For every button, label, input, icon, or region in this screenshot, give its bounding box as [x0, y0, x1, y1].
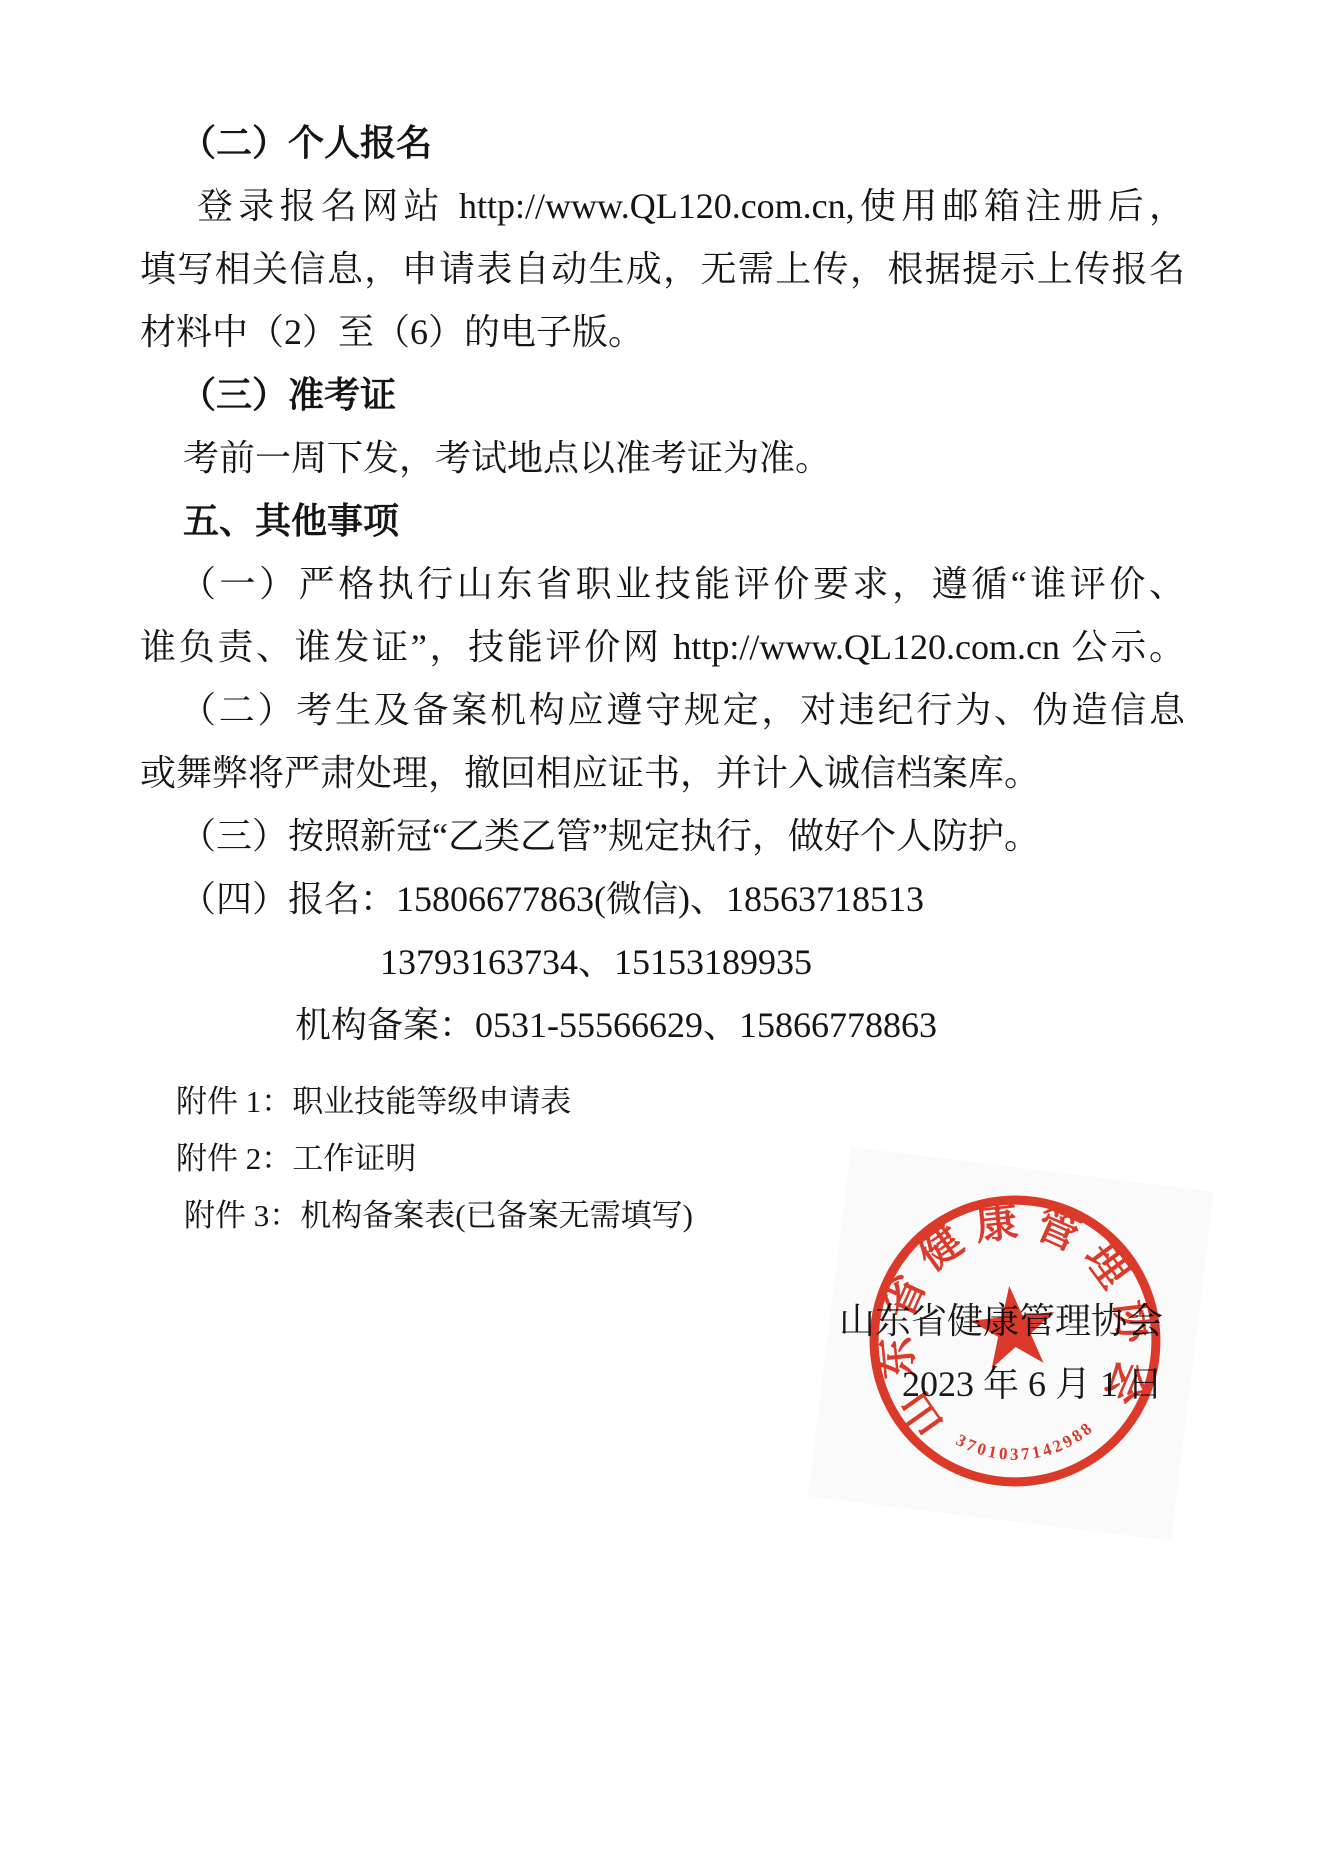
para-item-1-line-2: 谁负责、谁发证”，技能评价网 http://www.QL120.com.cn 公…	[140, 616, 1185, 679]
para-item-3: （三）按照新冠“乙类乙管”规定执行，做好个人防护。	[140, 805, 1185, 868]
para-org-registration-phones: 机构备案：0531-55566629、15866778863	[295, 994, 1185, 1057]
para-personal-registration-line-2: 填写相关信息，申请表自动生成，无需上传，根据提示上传报名	[140, 238, 1185, 301]
attachment-1: 附件 1：职业技能等级申请表	[176, 1073, 1185, 1130]
para-phones-continued: 13793163734、15153189935	[380, 931, 1185, 994]
document-page: （二）个人报名 登录报名网站 http://www.QL120.com.cn,使…	[0, 0, 1323, 1871]
para-item-2-line-2: 或舞弊将严肃处理，撤回相应证书，并计入诚信档案库。	[140, 742, 1185, 805]
heading-admission-ticket: （三）准考证	[140, 364, 1185, 427]
para-item-1-line-1: （一）严格执行山东省职业技能评价要求，遵循“谁评价、	[140, 553, 1185, 616]
para-personal-registration-line-3: 材料中（2）至（6）的电子版。	[140, 301, 1185, 364]
para-item-2-line-1: （二）考生及备案机构应遵守规定，对违纪行为、伪造信息	[140, 679, 1185, 742]
official-seal: 山东省健康管理协会 3701037142988	[849, 1175, 1181, 1507]
heading-other-matters: 五、其他事项	[140, 490, 1185, 553]
para-item-4-phones: （四）报名：15806677863(微信)、18563718513	[140, 868, 1185, 931]
heading-personal-registration: （二）个人报名	[140, 112, 1185, 175]
seal-star-icon	[967, 1282, 1059, 1370]
para-personal-registration-line-1: 登录报名网站 http://www.QL120.com.cn,使用邮箱注册后，	[140, 175, 1185, 238]
para-admission-ticket: 考前一周下发，考试地点以准考证为准。	[140, 427, 1185, 490]
